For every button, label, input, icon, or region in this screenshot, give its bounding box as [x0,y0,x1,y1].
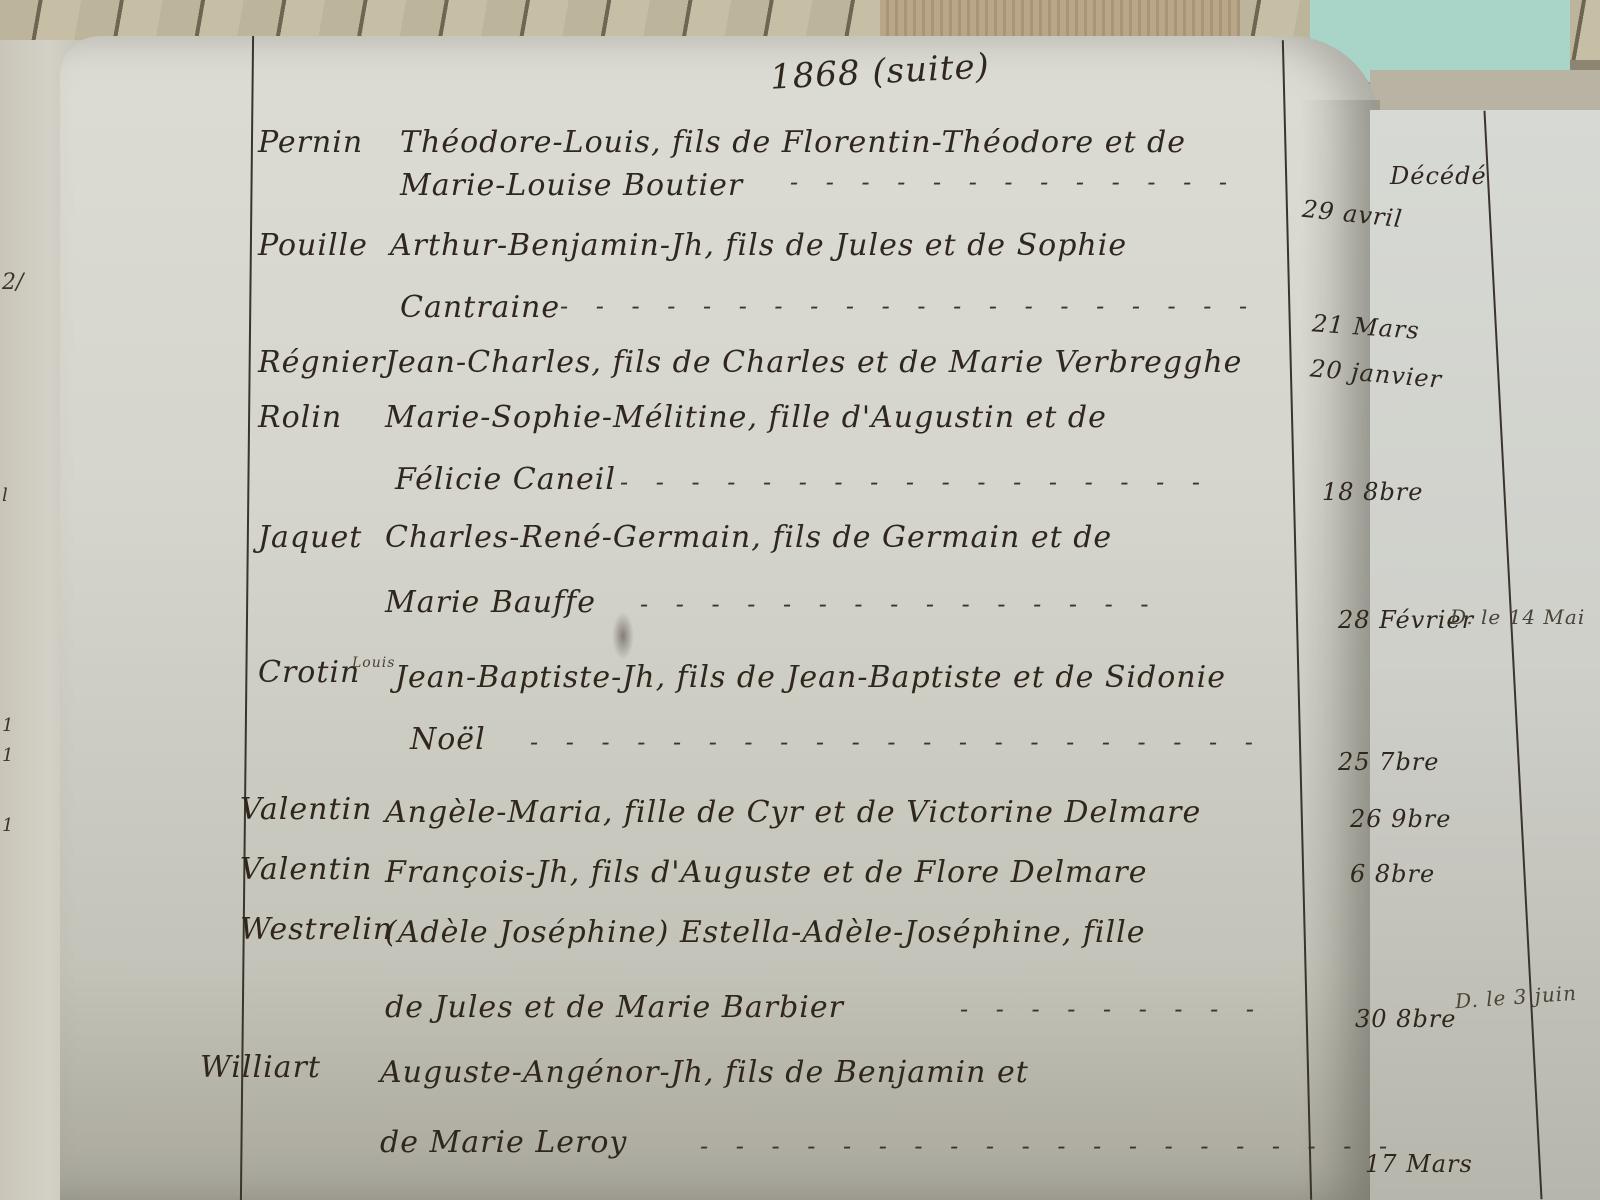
entry-line: Arthur-Benjamin-Jh, fils de Jules et de … [390,228,1127,263]
entry-surname: Régnier [258,345,386,380]
entry-surname: Pernin [258,125,363,160]
entry-line: Félicie Caneil [395,462,616,497]
entry-line: Charles-René-Germain, fils de Germain et… [385,520,1112,555]
entry-line: Angèle-Maria, fille de Cyr et de Victori… [385,795,1201,830]
entry-line: de Jules et de Marie Barbier [385,990,844,1025]
left-margin-mark: 1 [2,815,13,836]
entry-date: 25 7bre [1338,748,1439,776]
column-header-deceased: Décédé [1390,162,1487,190]
entry-death-note: D. le 14 Mai [1450,605,1585,629]
entry-line: Marie-Louise Boutier [400,168,743,203]
left-margin-mark: 1 [2,715,13,736]
entry-line: de Marie Leroy [380,1125,627,1160]
dash-filler: - - - - - - - - - - - - - - - - - - - - [560,292,1257,320]
entry-surname: Jaquet [258,520,362,555]
dash-filler: - - - - - - - - - - - - - - - - - - - - [700,1132,1397,1160]
entry-prefix-annotation: Louis [352,655,395,671]
entry-line: Auguste-Angénor-Jh, fils de Benjamin et [380,1055,1029,1090]
entry-date: 6 8bre [1350,860,1435,888]
entry-surname: Pouille [258,228,368,263]
entry-surname: Rolin [258,400,342,435]
facing-page [1370,110,1600,1200]
left-margin-mark: 2/ [2,270,23,295]
entry-surname: Valentin [240,792,372,827]
background-cardboard [880,0,1240,40]
ink-blot [612,612,634,660]
left-margin-mark: 1 [2,745,13,766]
left-margin-mark: l [2,485,8,506]
dash-filler: - - - - - - - - - - - - - - - - - - - - … [530,728,1263,756]
entry-line: (Adèle Joséphine) Estella-Adèle-Joséphin… [385,915,1145,950]
entry-surname: Williart [200,1050,321,1085]
entry-line: François-Jh, fils d'Auguste et de Flore … [385,855,1147,890]
entry-line: Marie-Sophie-Mélitine, fille d'Augustin … [385,400,1107,435]
page-fold-shadow [1300,100,1380,1200]
entry-date: 30 8bre [1355,1005,1456,1033]
dash-filler: - - - - - - - - - - - - - [790,168,1237,196]
entry-line: Jean-Baptiste-Jh, fils de Jean-Baptiste … [395,660,1226,695]
entry-line: Théodore-Louis, fils de Florentin-Théodo… [400,125,1186,160]
dash-filler: - - - - - - - - - - - - - - - - - [620,468,1210,496]
entry-line: Noël [410,722,486,757]
entry-surname: Crotin [258,655,360,690]
dash-filler: - - - - - - - - - [960,995,1264,1023]
register-page [60,36,1380,1200]
entry-date: 17 Mars [1365,1150,1473,1178]
dash-filler: - - - - - - - - - - - - - - - [640,590,1158,618]
entry-date: 18 8bre [1322,478,1423,506]
entry-surname: Westrelin [240,912,393,947]
entry-line: Cantraine [400,290,560,325]
entry-line: Jean-Charles, fils de Charles et de Mari… [385,345,1242,380]
entry-surname: Valentin [240,852,372,887]
entry-date: 26 9bre [1350,805,1451,833]
entry-line: Marie Bauffe [385,585,596,620]
